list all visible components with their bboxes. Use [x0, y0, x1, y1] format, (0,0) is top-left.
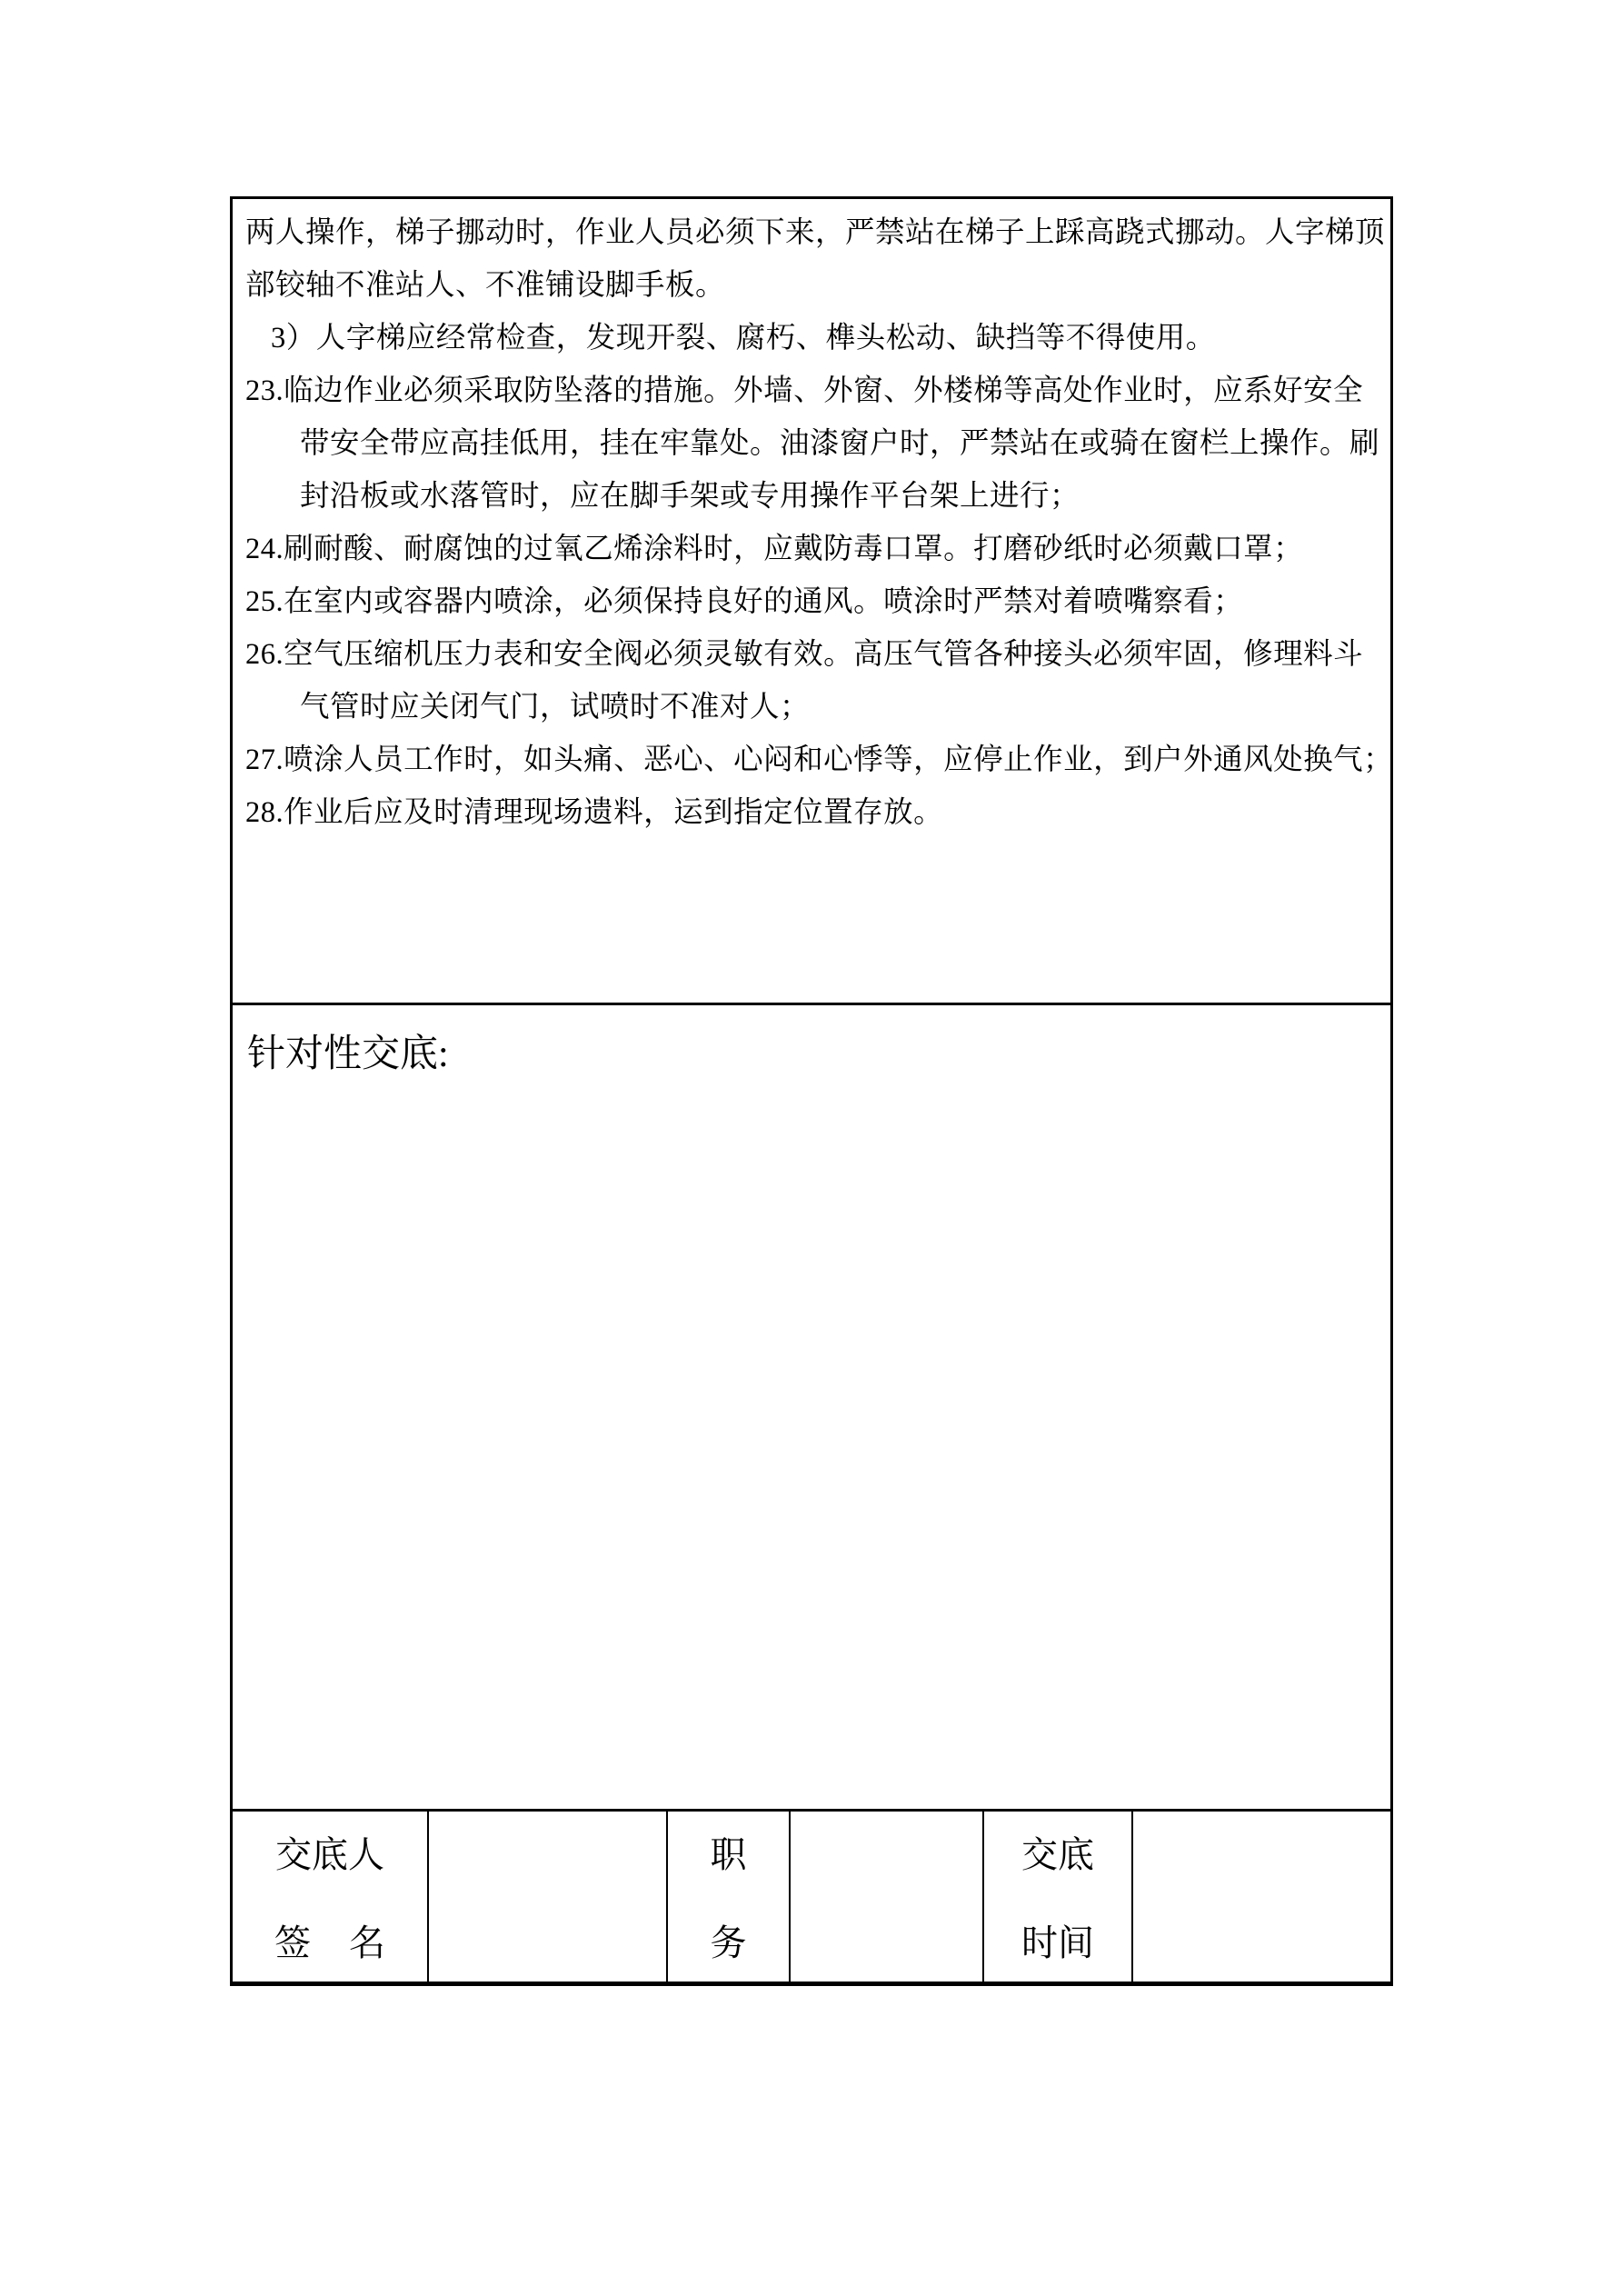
briefing-line: 气管时应关闭气门，试喷时不准对人； [245, 681, 1379, 734]
signature-row: 交底人 签名 职 务 交底 时间 [233, 1809, 1390, 1982]
briefing-time-label-line1: 交底 [1021, 1835, 1094, 1875]
safety-briefing-form: 两人操作，梯子挪动时，作业人员必须下来，严禁站在梯子上踩高跷式挪动。人字梯顶 部… [230, 196, 1393, 1986]
position-label-line1: 职 [711, 1835, 747, 1875]
briefing-line: 27.喷涂人员工作时，如头痛、恶心、心闷和心悸等，应停止作业，到户外通风处换气； [245, 734, 1379, 786]
discloser-label-line1: 交底人 [275, 1835, 384, 1875]
briefing-time-field [1133, 1812, 1390, 1982]
briefing-line: 26.空气压缩机压力表和安全阀必须灵敏有效。高压气管各种接头必须牢固，修理料斗 [245, 628, 1379, 681]
briefing-line: 24.刷耐酸、耐腐蚀的过氧乙烯涂料时，应戴防毒口罩。打磨砂纸时必须戴口罩； [245, 523, 1379, 575]
discloser-signature-field [429, 1812, 668, 1982]
briefing-line: 两人操作，梯子挪动时，作业人员必须下来，严禁站在梯子上踩高跷式挪动。人字梯顶 [245, 206, 1379, 259]
position-label: 职 务 [668, 1812, 791, 1982]
briefing-time-label: 交底 时间 [984, 1812, 1133, 1982]
briefing-line: 部铰轴不准站人、不准铺设脚手板。 [245, 259, 1379, 312]
targeted-briefing-section: 针对性交底: [233, 1003, 1390, 1809]
general-briefing-section: 两人操作，梯子挪动时，作业人员必须下来，严禁站在梯子上踩高跷式挪动。人字梯顶 部… [233, 199, 1390, 1003]
briefing-line: 带安全带应高挂低用，挂在牢靠处。油漆窗户时，严禁站在或骑在窗栏上操作。刷 [245, 417, 1379, 470]
briefing-line: 28.作业后应及时清理现场遗料，运到指定位置存放。 [245, 786, 1379, 839]
briefing-line: 封沿板或水落管时，应在脚手架或专用操作平台架上进行； [245, 470, 1379, 523]
briefing-line: 3）人字梯应经常检查，发现开裂、腐朽、榫头松动、缺挡等不得使用。 [245, 312, 1379, 364]
discloser-label-line2: 签名 [274, 1923, 385, 1963]
discloser-signature-label: 交底人 签名 [233, 1812, 429, 1982]
briefing-line: 23.临边作业必须采取防坠落的措施。外墙、外窗、外楼梯等高处作业时，应系好安全 [245, 364, 1379, 417]
targeted-briefing-label: 针对性交底: [247, 1031, 1378, 1078]
briefing-time-label-line2: 时间 [1021, 1923, 1094, 1963]
position-field [791, 1812, 984, 1982]
briefing-line: 25.在室内或容器内喷涂，必须保持良好的通风。喷涂时严禁对着喷嘴察看； [245, 575, 1379, 628]
position-label-line2: 务 [711, 1923, 747, 1963]
